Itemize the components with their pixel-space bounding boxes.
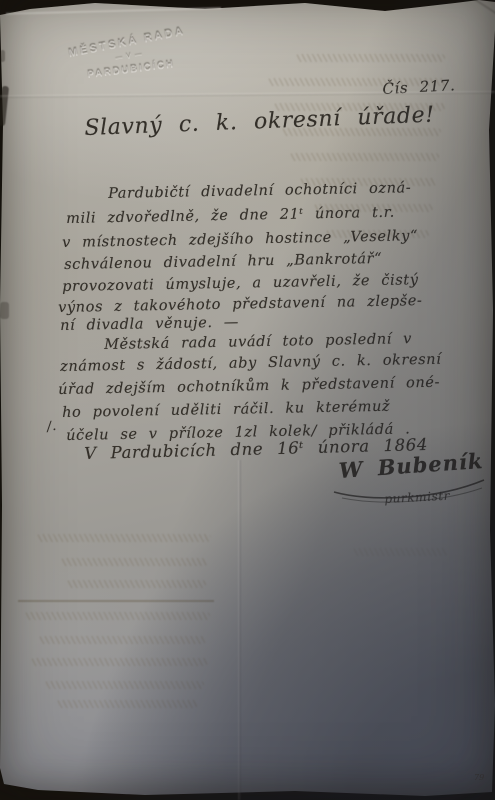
body-line: ní divadla věnuje. — — [60, 315, 239, 334]
archive-page-number: 79 — [474, 773, 484, 782]
paper-fold-crease-vertical — [238, 460, 241, 800]
margin-ink-smudge — [0, 50, 5, 62]
bleed-line — [352, 548, 448, 556]
scanned-letter-photo: MĚSTSKÁ RADA — V — PARDUBICÍCH Čís 217. … — [0, 0, 495, 800]
margin-ink-smudge — [0, 302, 9, 319]
margin-mark: /. — [46, 419, 58, 435]
